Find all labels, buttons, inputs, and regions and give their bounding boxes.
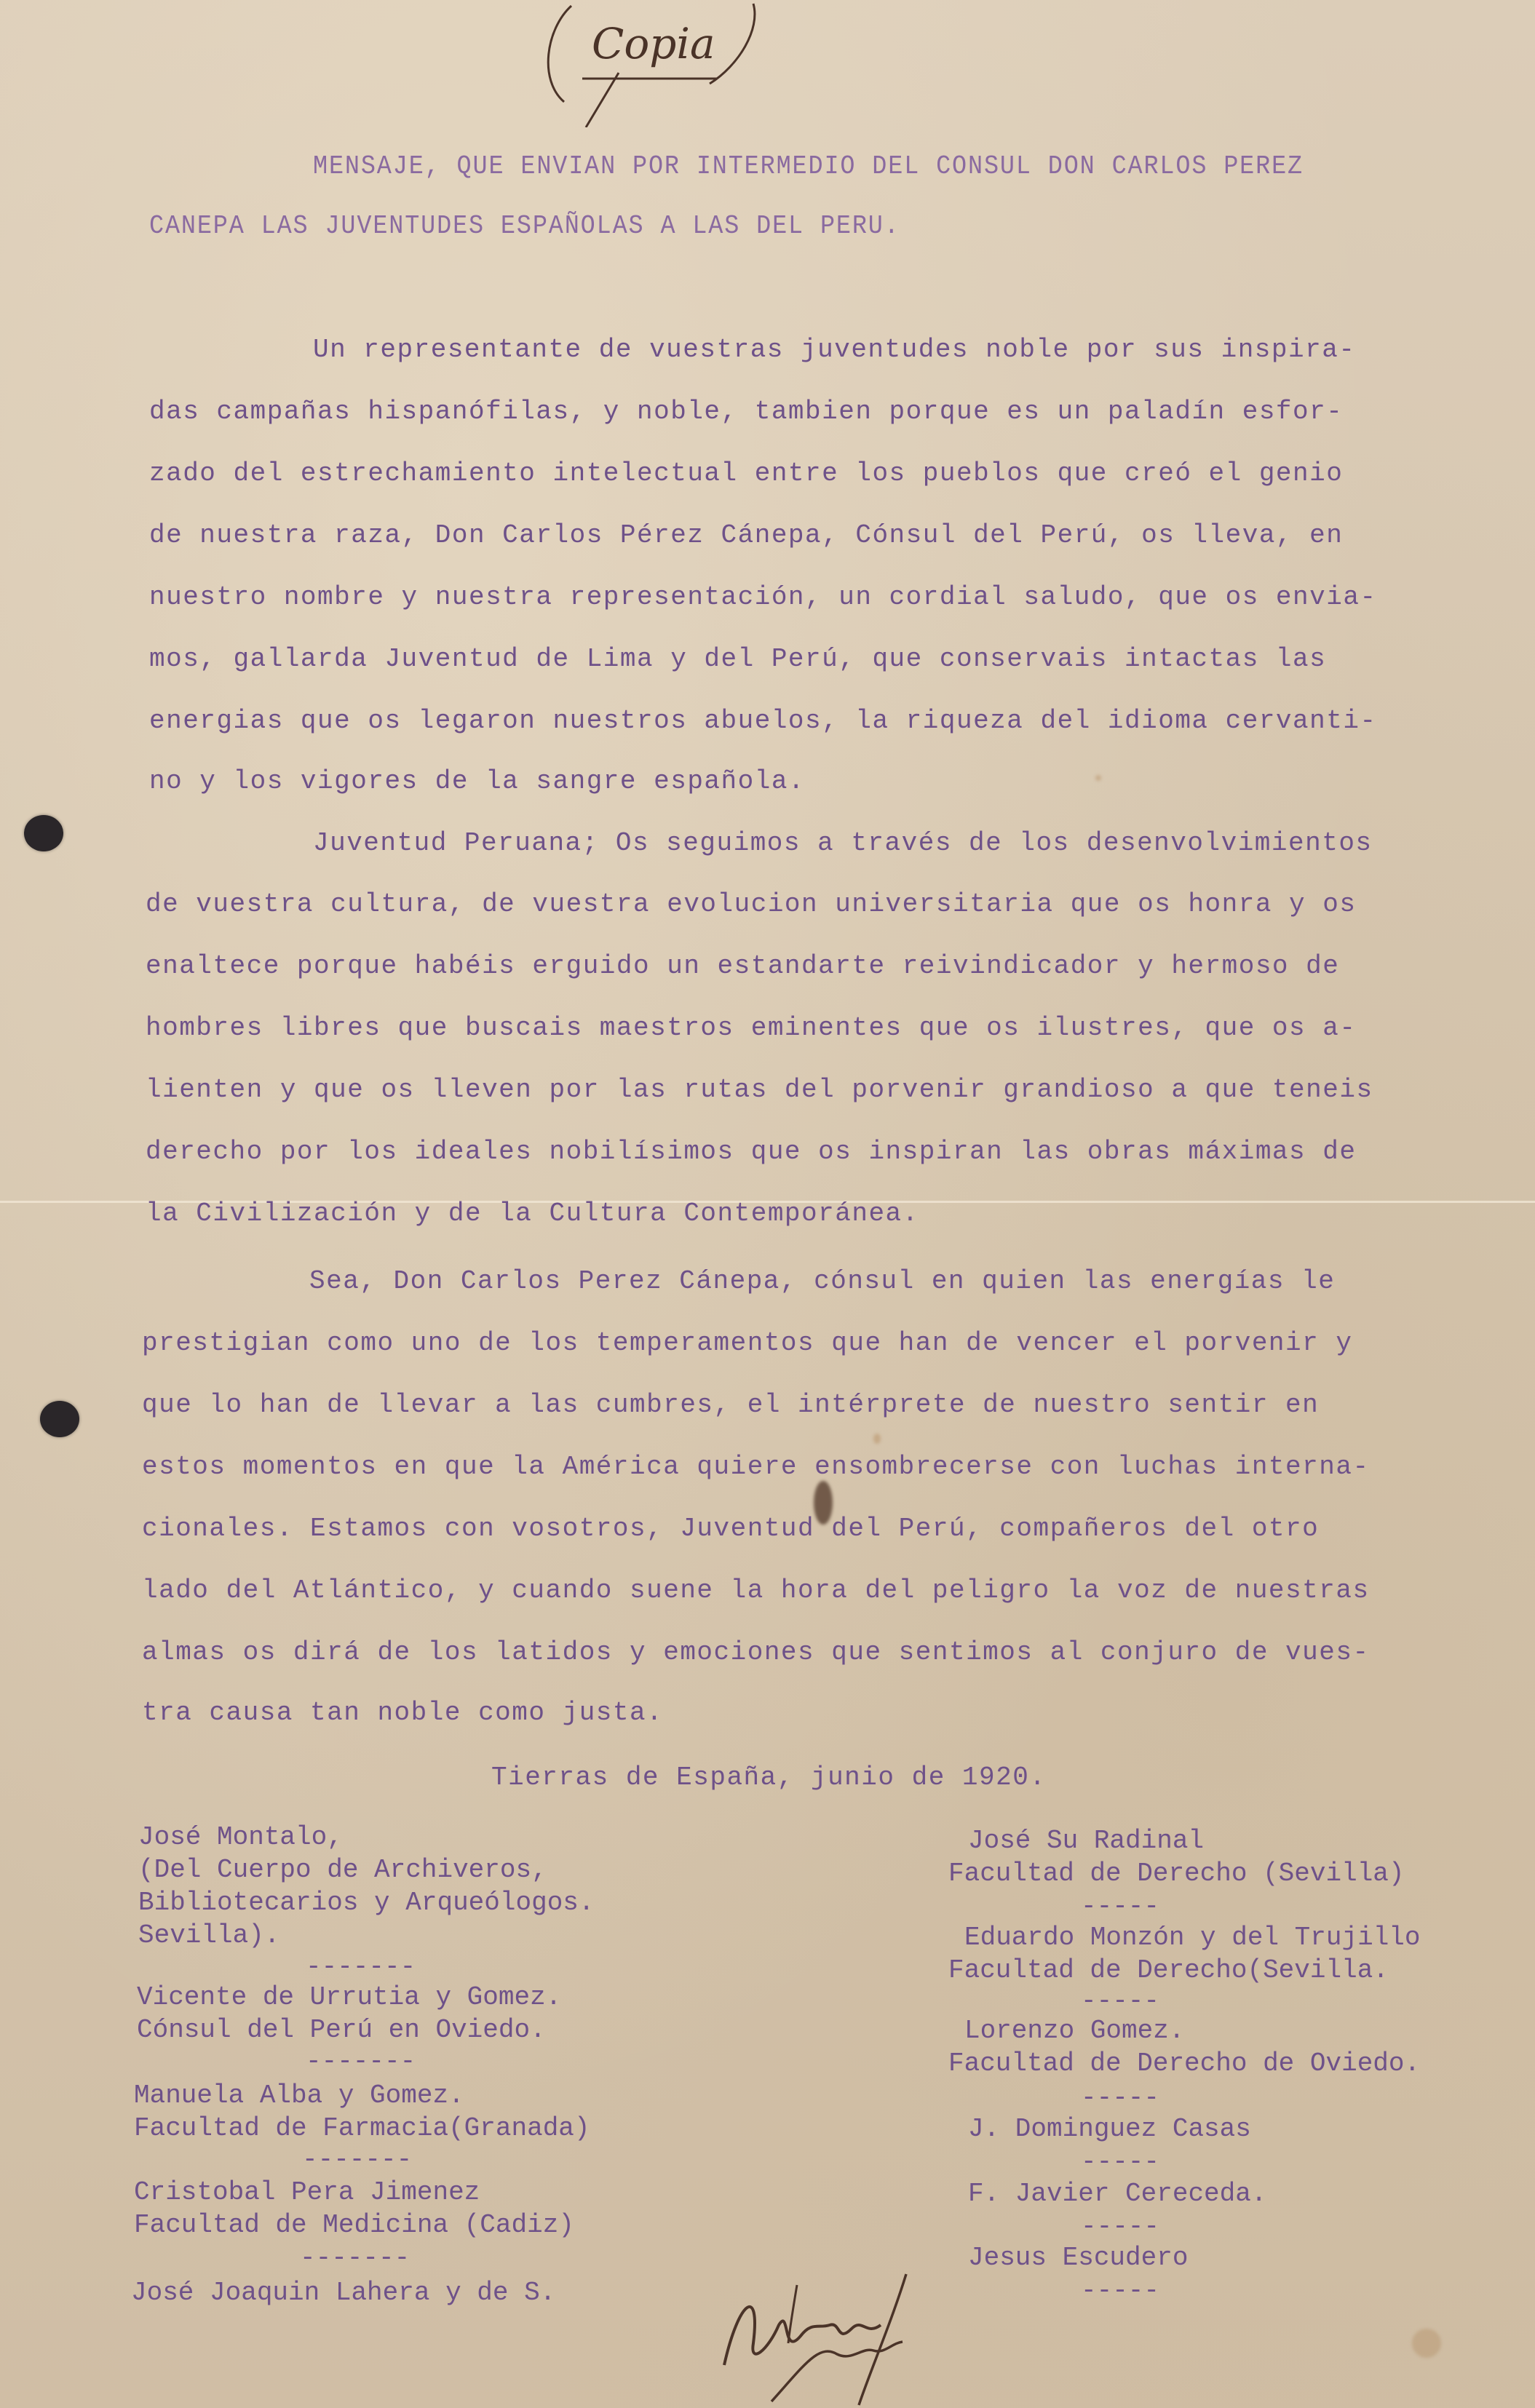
body-line: que lo han de llevar a las cumbres, el i… [142, 1390, 1319, 1420]
foxing-spot [1095, 775, 1101, 781]
signatory-name: Eduardo Monzón y del Trujillo [964, 1921, 1421, 1954]
message-heading-line-2: CANEPA LAS JUVENTUDES ESPAÑOLAS A LAS DE… [149, 211, 900, 241]
body-line: estos momentos en que la América quiere … [142, 1452, 1370, 1482]
signatory-affiliation: Bibliotecarios y Arqueólogos. [138, 1886, 595, 1919]
signatory-affiliation: Sevilla). [138, 1919, 279, 1952]
foxing-spot [873, 1434, 881, 1444]
body-line: cionales. Estamos con vosotros, Juventud… [142, 1514, 1319, 1543]
body-line: no y los vigores de la sangre española. [149, 766, 805, 796]
signatory-affiliation: Facultad de Derecho(Sevilla. [948, 1954, 1389, 1987]
body-line: lado del Atlántico, y cuando suene la ho… [142, 1575, 1370, 1605]
separator: ------- [306, 2045, 416, 2078]
separator: ----- [1081, 2210, 1159, 2243]
signatory-name: F. Javier Cereceda. [968, 2177, 1266, 2210]
separator: ----- [1081, 2081, 1159, 2114]
dateline: Tierras de España, junio de 1920. [491, 1763, 1046, 1792]
signatory-name: Vicente de Urrutia y Gomez. [137, 1981, 561, 2014]
signatory-name: Lorenzo Gomez. [964, 2014, 1184, 2047]
body-line: mos, gallarda Juventud de Lima y del Per… [149, 644, 1326, 674]
signatory-affiliation: (Del Cuerpo de Archiveros, [138, 1853, 547, 1886]
svg-text:Copia: Copia [592, 19, 715, 68]
body-line: Un representante de vuestras juventudes … [313, 335, 1355, 365]
signatory-affiliation: Facultad de Medicina (Cadiz) [134, 2209, 574, 2241]
signatory-affiliation: Facultad de Derecho de Oviedo. [948, 2047, 1420, 2080]
separator: ------- [302, 2143, 412, 2176]
signatory-name: Manuela Alba y Gomez. [134, 2079, 464, 2112]
separator: ----- [1081, 1890, 1159, 1923]
separator: ----- [1081, 2145, 1159, 2178]
body-line: almas os dirá de los latidos y emociones… [142, 1637, 1370, 1667]
body-line: das campañas hispanófilas, y noble, tamb… [149, 397, 1343, 426]
body-line: la Civilización y de la Cultura Contempo… [146, 1199, 919, 1228]
signatory-name: José Montalo, [138, 1821, 343, 1853]
message-heading-line-1: MENSAJE, QUE ENVIAN POR INTERMEDIO DEL C… [313, 151, 1304, 181]
separator: ----- [1081, 2274, 1159, 2307]
signatory-name: José Su Radinal [968, 1824, 1204, 1857]
body-line: zado del estrechamiento intelectual entr… [149, 458, 1343, 488]
body-line: enaltece porque habéis erguido un estand… [146, 951, 1339, 981]
signatory-name: Cristobal Pera Jimenez [134, 2176, 480, 2209]
body-line: nuestro nombre y nuestra representación,… [149, 582, 1377, 612]
body-line: tra causa tan noble como justa. [142, 1698, 663, 1728]
body-line: lienten y que os lleven por las rutas de… [146, 1075, 1373, 1105]
body-line: de vuestra cultura, de vuestra evolucion… [146, 889, 1356, 919]
punch-hole [40, 1401, 79, 1437]
body-line: Juventud Peruana; Os seguimos a través d… [313, 828, 1373, 858]
copia-handwritten-annotation: Copia [535, 0, 768, 127]
handwritten-signature [710, 2256, 1044, 2408]
punch-hole [24, 815, 63, 851]
separator: ------- [306, 1950, 416, 1983]
signatory-affiliation: Facultad de Derecho (Sevilla) [948, 1857, 1405, 1890]
body-line: derecho por los ideales nobilísimos que … [146, 1137, 1356, 1167]
body-line: energias que os legaron nuestros abuelos… [149, 706, 1377, 736]
body-line: prestigian como uno de los temperamentos… [142, 1328, 1352, 1358]
signatory-name: J. Dominguez Casas [968, 2113, 1251, 2145]
separator: ----- [1081, 1984, 1159, 2017]
body-line: hombres libres que buscais maestros emin… [146, 1013, 1356, 1043]
signatory-affiliation: Cónsul del Perú en Oviedo. [137, 2014, 546, 2046]
foxing-spot [1412, 2329, 1441, 2358]
signatory-name: José Joaquin Lahera y de S. [131, 2276, 555, 2309]
signatory-affiliation: Facultad de Farmacia(Granada) [134, 2112, 590, 2145]
body-line: Sea, Don Carlos Perez Cánepa, cónsul en … [309, 1266, 1335, 1296]
separator: ------- [300, 2241, 410, 2274]
body-line: de nuestra raza, Don Carlos Pérez Cánepa… [149, 520, 1343, 550]
